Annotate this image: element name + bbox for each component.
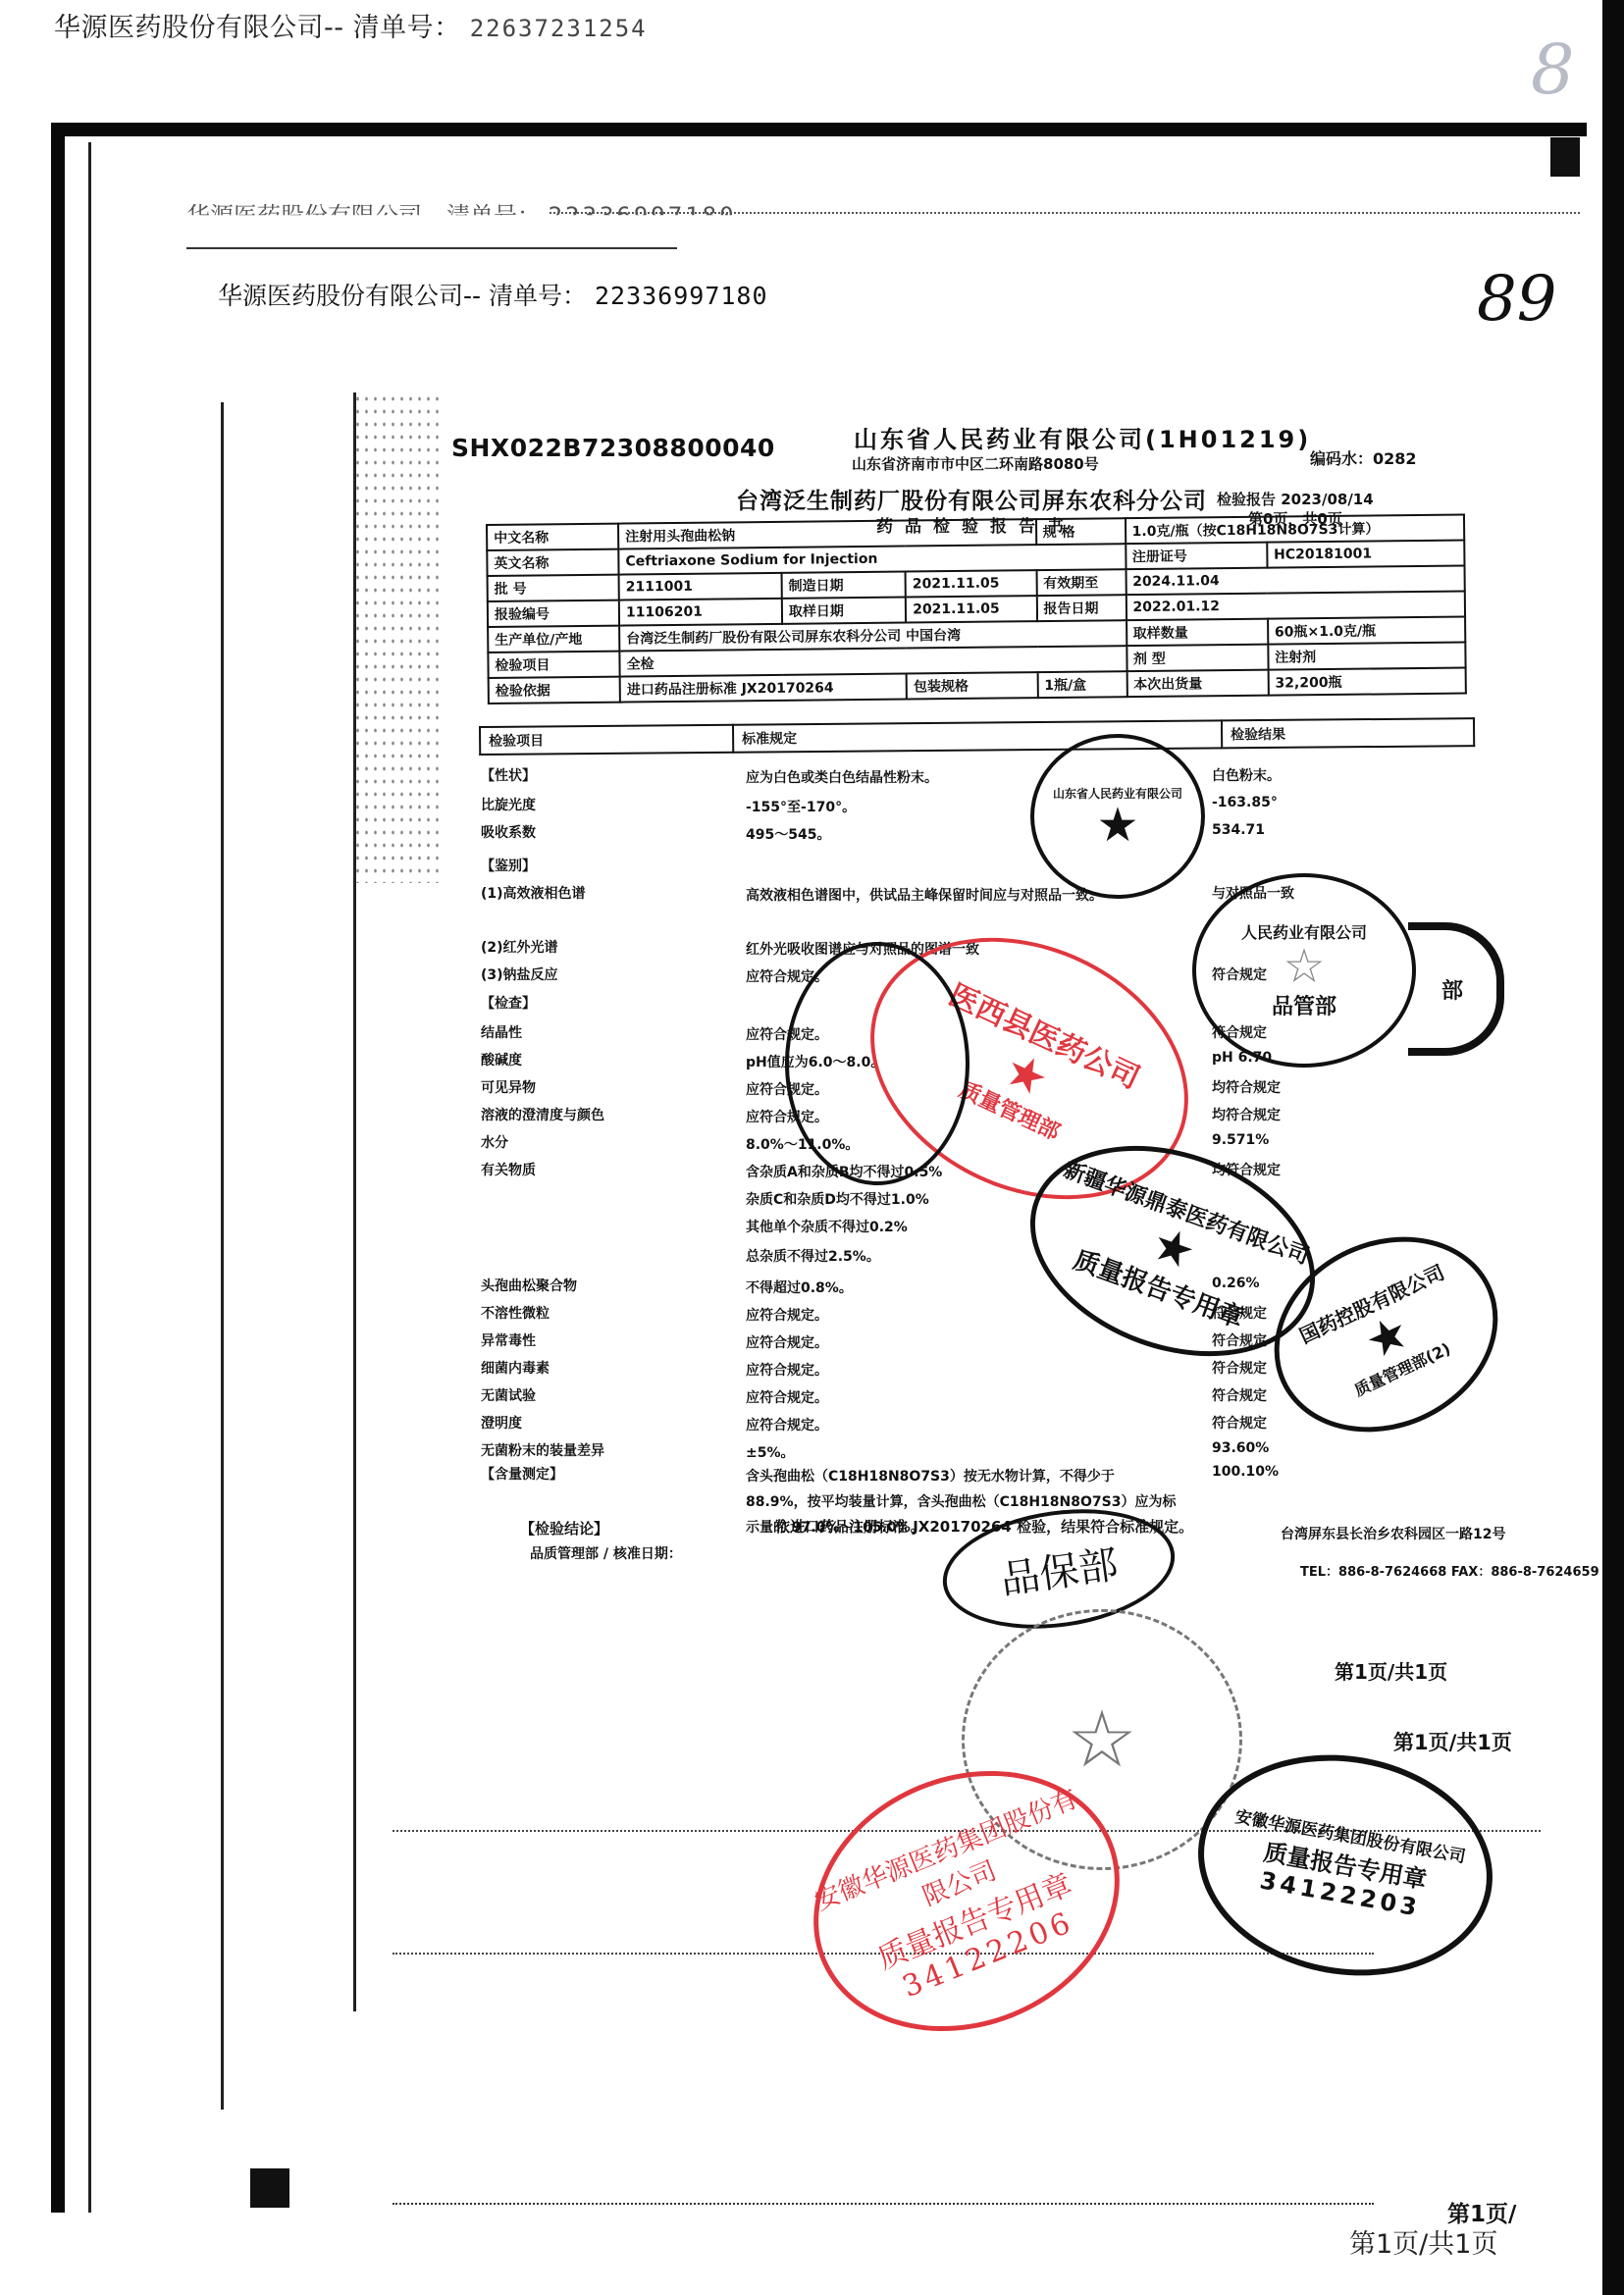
label-cell: 英文名称	[487, 549, 618, 576]
result-item: 澄明度	[481, 1413, 522, 1433]
page-label: 第1页/共1页	[1393, 1727, 1512, 1756]
result-item: 不溶性微粒	[481, 1303, 550, 1323]
table-row: 吸收系数495～545。534.71	[481, 822, 1482, 846]
result-item: 酸碱度	[481, 1050, 522, 1069]
value-cell: 32,200瓶	[1268, 668, 1465, 696]
top-list-header: 华源医药股份有限公司-- 清单号： 22637231254	[54, 6, 648, 44]
value-cell: 1瓶/盒	[1037, 671, 1126, 698]
page-edge-line	[221, 402, 224, 2110]
company-name: 华源医药股份有限公司--	[54, 13, 344, 43]
value-cell: 1.0克/瓶（按C18H18N8O7S3计算）	[1125, 515, 1464, 545]
result-result: 93.60%	[1212, 1440, 1269, 1456]
list-number: 22336997180	[595, 282, 768, 310]
manufacturer-name: 台湾泛生制药厂股份有限公司屏东农科分公司	[736, 483, 1207, 515]
label-cell: 取样日期	[782, 598, 907, 624]
label-cell: 制造日期	[781, 572, 906, 599]
divider	[393, 2203, 1374, 2205]
scan-edge-left	[51, 123, 65, 2213]
distributor-address: 山东省济南市市中区二环南路8080号	[852, 453, 1099, 474]
result-item: 【鉴别】	[481, 856, 536, 875]
value-cell: 2111001	[619, 573, 782, 600]
label-cell: 注册证号	[1126, 543, 1268, 570]
value-cell: 2024.11.04	[1126, 566, 1465, 596]
value-cell: 11106201	[619, 599, 782, 626]
result-result: 9.571%	[1212, 1132, 1269, 1148]
result-result: 符合规定	[1212, 1385, 1267, 1405]
value-cell: 注射剂	[1268, 643, 1465, 670]
result-standard: 应符合规定。	[746, 1385, 1178, 1411]
stamp-shandong: 山东省人民药业有限公司 ★	[1030, 734, 1205, 899]
value-cell: 2022.01.12	[1126, 592, 1465, 621]
star-icon: ☆	[1283, 943, 1325, 990]
table-row: 比旋光度-155°至-170°。-163.85°	[481, 795, 1482, 818]
table-row: 无菌粉末的装量差异±5%。93.60%	[481, 1440, 1482, 1464]
list-number: 22637231254	[470, 15, 648, 42]
signer-label: 品质管理部 / 核准日期：	[530, 1543, 682, 1563]
stamp-pingyuan: 人民药业有限公司 ☆ 品管部	[1192, 873, 1416, 1068]
value-cell: 进口药品注册标准 JX20170264	[620, 674, 907, 703]
list-label: 清单号：	[489, 282, 587, 310]
label-cell: 中文名称	[487, 524, 618, 550]
pencil-mark: 8	[1531, 29, 1575, 110]
label-cell: 批 号	[488, 575, 619, 601]
value-cell: 2021.11.05	[906, 570, 1037, 597]
distributor-name: 山东省人民药业有限公司(1H01219)	[854, 420, 1311, 454]
label-cell: 剂 型	[1126, 645, 1269, 672]
result-item: 【含量测定】	[481, 1464, 563, 1484]
result-item: 溶液的澄清度与颜色	[481, 1105, 604, 1124]
divider	[550, 212, 1580, 214]
label-cell: 检验项目	[488, 652, 619, 678]
label-cell: 报验编号	[488, 600, 619, 627]
result-item: 水分	[481, 1132, 508, 1152]
label-cell: 取样数量	[1126, 619, 1269, 647]
serial-number: 编码水：0282	[1310, 446, 1417, 469]
value-cell: HC20181001	[1267, 541, 1464, 568]
table-row: 杂质C和杂质D均不得过1.0%	[481, 1187, 1482, 1211]
tel-fax: TEL：886-8-7624668 FAX：886-8-7624659	[1300, 1561, 1599, 1580]
value-cell: 60瓶×1.0克/瓶	[1268, 617, 1465, 645]
table-row: 其他单个杂质不得过0.2%	[481, 1215, 1482, 1238]
stamp-center-text: 品保部	[997, 1533, 1122, 1604]
result-item: (1)高效液相色谱	[481, 883, 586, 903]
second-list-header: 华源医药股份有限公司-- 清单号： 22336997180	[218, 277, 768, 312]
scan-noise	[353, 392, 442, 883]
result-item: 有关物质	[481, 1160, 536, 1179]
result-result: 白色粉末。	[1212, 765, 1281, 785]
label-cell: 报告日期	[1036, 595, 1126, 621]
table-row: 【含量测定】含头孢曲松（C18H18N8O7S3）按无水物计算，不得少于 88.…	[481, 1464, 1482, 1487]
result-item: 无菌粉末的装量差异	[481, 1440, 604, 1460]
result-result: 534.71	[1212, 822, 1265, 838]
result-standard: ±5%。	[746, 1440, 1178, 1466]
conclusion-label: 【检验结论】	[520, 1518, 608, 1539]
handwritten-page-number: 89	[1477, 263, 1556, 336]
star-icon: ★	[1096, 802, 1138, 849]
result-standard: 应符合规定。	[746, 1358, 1178, 1383]
result-item: 结晶性	[481, 1022, 522, 1042]
stamp-black-overlap	[785, 942, 969, 1185]
scan-edge-top	[51, 123, 1587, 136]
result-result: 符合规定	[1212, 1413, 1267, 1433]
list-label: 清单号：	[353, 13, 461, 43]
divider	[186, 247, 677, 249]
result-standard: 应符合规定。	[746, 1330, 1178, 1356]
label-cell: 有效期至	[1036, 569, 1126, 596]
result-result: -163.85°	[1212, 795, 1278, 810]
product-info-table: 中文名称 注射用头孢曲松钠 规 格 1.0克/瓶（按C18H18N8O7S3计算…	[486, 514, 1467, 704]
corner-mark	[250, 2168, 289, 2208]
result-item: (2)红外光谱	[481, 937, 558, 957]
stamp-center-text: 部	[1441, 974, 1463, 1005]
result-item: 比旋光度	[481, 795, 536, 814]
page-label: 第1页/共1页	[1349, 2222, 1497, 2261]
label-cell: 包装规格	[907, 672, 1038, 699]
stamp-center-text: 品管部	[1272, 990, 1336, 1020]
result-result: 均符合规定	[1212, 1105, 1281, 1124]
result-item: 吸收系数	[481, 822, 536, 842]
corner-mark	[1550, 137, 1580, 177]
page-label: 第1页/共1页	[1335, 1656, 1447, 1685]
scan-edge-right	[1602, 0, 1624, 2295]
result-item: 细菌内毒素	[481, 1358, 550, 1378]
result-item: 可见异物	[481, 1077, 536, 1097]
star-icon: ☆	[1067, 1700, 1137, 1779]
label-cell: 规 格	[1036, 518, 1126, 545]
manufacturer-address: 台湾屏东县长治乡农科园区一路12号	[1281, 1524, 1505, 1543]
result-result: 均符合规定	[1212, 1077, 1281, 1097]
result-standard: 应符合规定。	[746, 1413, 1178, 1438]
value-cell: 2021.11.05	[906, 596, 1037, 622]
report-id: SHX022B72308800040	[451, 434, 775, 462]
result-result: 100.10%	[1212, 1464, 1279, 1480]
result-item: 【性状】	[481, 765, 536, 785]
label-cell: 检验依据	[489, 677, 620, 704]
column-header-result: 检验结果	[1222, 718, 1474, 748]
result-item: 无菌试验	[481, 1385, 536, 1405]
result-item: (3)钠盐反应	[481, 965, 558, 984]
result-item: 【检查】	[481, 993, 536, 1013]
company-name: 华源医药股份有限公司--	[218, 282, 481, 310]
label-cell: 本次出货量	[1126, 670, 1269, 698]
label-cell: 生产单位/产地	[488, 626, 619, 652]
result-item: 头孢曲松聚合物	[481, 1276, 577, 1295]
result-result: 符合规定	[1212, 1358, 1267, 1378]
result-item: 异常毒性	[481, 1330, 536, 1350]
table-row: 【性状】应为白色或类白色结晶性粉末。白色粉末。	[481, 765, 1482, 789]
report-date: 检验报告 2023/08/14	[1217, 489, 1374, 509]
column-header-item: 检验项目	[480, 725, 733, 755]
